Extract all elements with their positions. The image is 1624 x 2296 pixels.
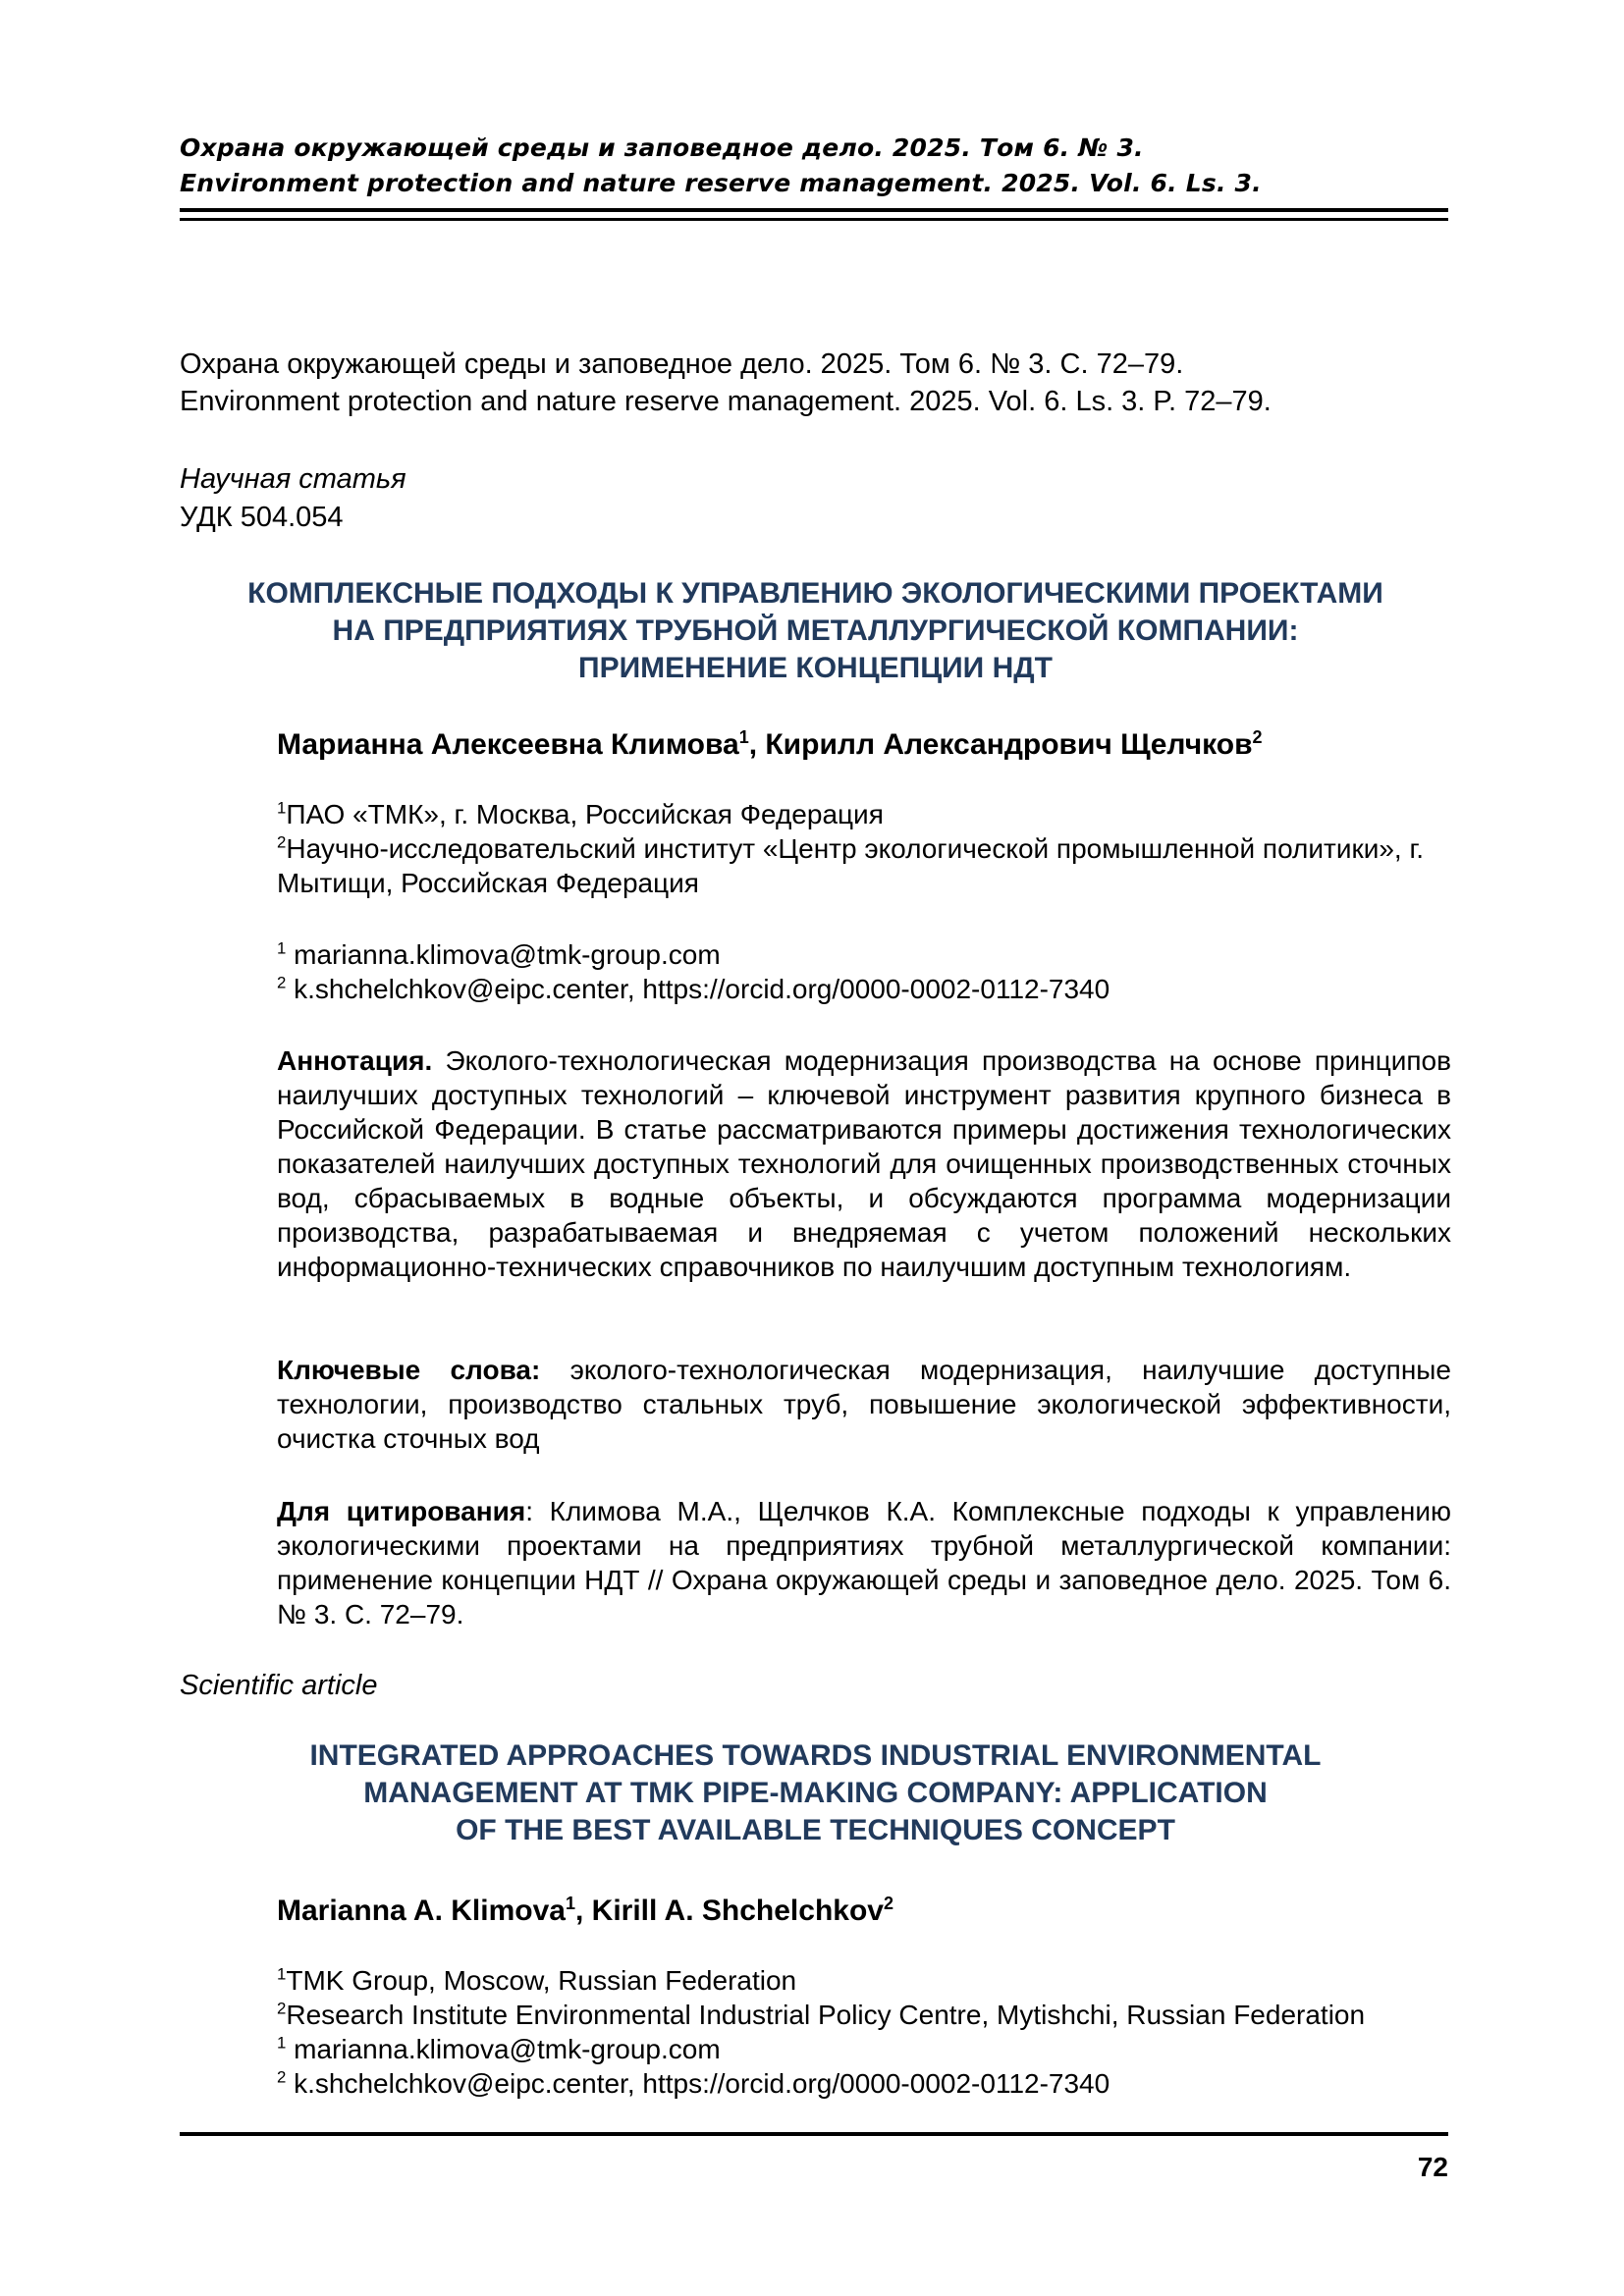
title-ru-line: КОМПЛЕКСНЫЕ ПОДХОДЫ К УПРАВЛЕНИЮ ЭКОЛОГИ…: [180, 575, 1451, 613]
affiliation-text: ПАО «ТМК», г. Москва, Российская Федерац…: [286, 799, 884, 829]
email-mark: 2: [277, 2068, 286, 2087]
affiliation-mark: 1: [277, 799, 286, 818]
keywords-ru: Ключевые слова: эколого-технологическая …: [277, 1353, 1451, 1456]
author-name: Marianna A. Klimova: [277, 1895, 566, 1927]
author-separator: ,: [749, 728, 766, 761]
affiliation: 1ПАО «ТМК», г. Москва, Российская Федера…: [277, 797, 1451, 831]
cite-for-ru: Для цитирования: Климова М.А., Щелчков К…: [277, 1494, 1451, 1631]
email-link[interactable]: marianna.klimova@tmk-group.com: [286, 939, 720, 970]
affiliation-mark: 1: [277, 1965, 286, 1984]
author-name: Kirill A. Shchelchkov: [592, 1895, 884, 1927]
abstract-text: Эколого-технологическая модернизация про…: [277, 1045, 1451, 1282]
email-line: 1 marianna.klimova@tmk-group.com: [277, 937, 1451, 972]
page-number: 72: [1404, 2150, 1448, 2185]
abstract-ru: Аннотация. Эколого-технологическая модер…: [277, 1043, 1451, 1284]
article-type-ru: Научная статья: [180, 460, 406, 498]
authors-en: Marianna A. Klimova1, Kirill A. Shchelch…: [277, 1893, 893, 1930]
keywords-label: Ключевые слова:: [277, 1355, 540, 1385]
author-affiliation-mark: 1: [566, 1894, 575, 1913]
abstract-label: Аннотация.: [277, 1045, 432, 1076]
running-head: Охрана окружающей среды и заповедное дел…: [180, 131, 1456, 201]
affiliation-mark: 2: [277, 833, 286, 852]
title-ru-line: ПРИМЕНЕНИЕ КОНЦЕПЦИИ НДТ: [180, 650, 1451, 687]
header-rule-thick: [180, 208, 1448, 212]
affiliation: 2Научно-исследовательский институт «Цент…: [277, 831, 1451, 900]
title-ru-line: НА ПРЕДПРИЯТИЯХ ТРУБНОЙ МЕТАЛЛУРГИЧЕСКОЙ…: [180, 613, 1451, 650]
affiliations-en: 1TMK Group, Moscow, Russian Federation 2…: [277, 1963, 1451, 2101]
header-rule-thin: [180, 218, 1448, 221]
affiliation-text: TMK Group, Moscow, Russian Federation: [286, 1965, 796, 1996]
footer-rule: [180, 2132, 1448, 2136]
author-affiliation-mark: 2: [1253, 727, 1263, 747]
author-name: Кирилл Александрович Щелчков: [765, 728, 1252, 761]
email-line: 2 k.shchelchkov@eipc.center, https://orc…: [277, 972, 1451, 1006]
running-head-ru: Охрана окружающей среды и заповедное дел…: [180, 131, 1456, 166]
email-line: 2 k.shchelchkov@eipc.center, https://orc…: [277, 2066, 1451, 2101]
citation-header-ru: Охрана окружающей среды и заповедное дел…: [180, 346, 1183, 383]
cite-label: Для цитирования: [277, 1496, 525, 1526]
article-title-en: INTEGRATED APPROACHES TOWARDS INDUSTRIAL…: [180, 1737, 1451, 1849]
title-en-line: INTEGRATED APPROACHES TOWARDS INDUSTRIAL…: [180, 1737, 1451, 1775]
title-en-line: MANAGEMENT AT TMK PIPE-MAKING COMPANY: A…: [180, 1775, 1451, 1812]
email-line: 1 marianna.klimova@tmk-group.com: [277, 2032, 1451, 2066]
email-link[interactable]: marianna.klimova@tmk-group.com: [286, 2034, 720, 2064]
affiliation-mark: 2: [277, 2000, 286, 2018]
article-title-ru: КОМПЛЕКСНЫЕ ПОДХОДЫ К УПРАВЛЕНИЮ ЭКОЛОГИ…: [180, 575, 1451, 687]
email-orcid-link[interactable]: k.shchelchkov@eipc.center, https://orcid…: [286, 2068, 1110, 2099]
affiliations-ru: 1ПАО «ТМК», г. Москва, Российская Федера…: [277, 797, 1451, 900]
email-orcid-link[interactable]: k.shchelchkov@eipc.center, https://orcid…: [286, 974, 1110, 1004]
author-name: Марианна Алексеевна Климова: [277, 728, 739, 761]
running-head-en: Environment protection and nature reserv…: [180, 166, 1456, 201]
emails-ru: 1 marianna.klimova@tmk-group.com 2 k.shc…: [277, 937, 1451, 1006]
article-type-en: Scientific article: [180, 1667, 377, 1704]
author-affiliation-mark: 2: [884, 1894, 893, 1913]
affiliation: 2Research Institute Environmental Indust…: [277, 1998, 1451, 2032]
affiliation: 1TMK Group, Moscow, Russian Federation: [277, 1963, 1451, 1998]
citation-header-en: Environment protection and nature reserv…: [180, 383, 1272, 420]
authors-ru: Марианна Алексеевна Климова1, Кирилл Але…: [277, 726, 1263, 764]
email-mark: 1: [277, 2034, 286, 2053]
email-mark: 1: [277, 939, 286, 958]
affiliation-text: Research Institute Environmental Industr…: [286, 2000, 1365, 2030]
udc-code: УДК 504.054: [180, 499, 344, 536]
author-separator: ,: [575, 1895, 592, 1927]
title-en-line: OF THE BEST AVAILABLE TECHNIQUES CONCEPT: [180, 1812, 1451, 1849]
author-affiliation-mark: 1: [739, 727, 749, 747]
affiliation-text: Научно-исследовательский институт «Центр…: [277, 833, 1424, 898]
email-mark: 2: [277, 974, 286, 992]
